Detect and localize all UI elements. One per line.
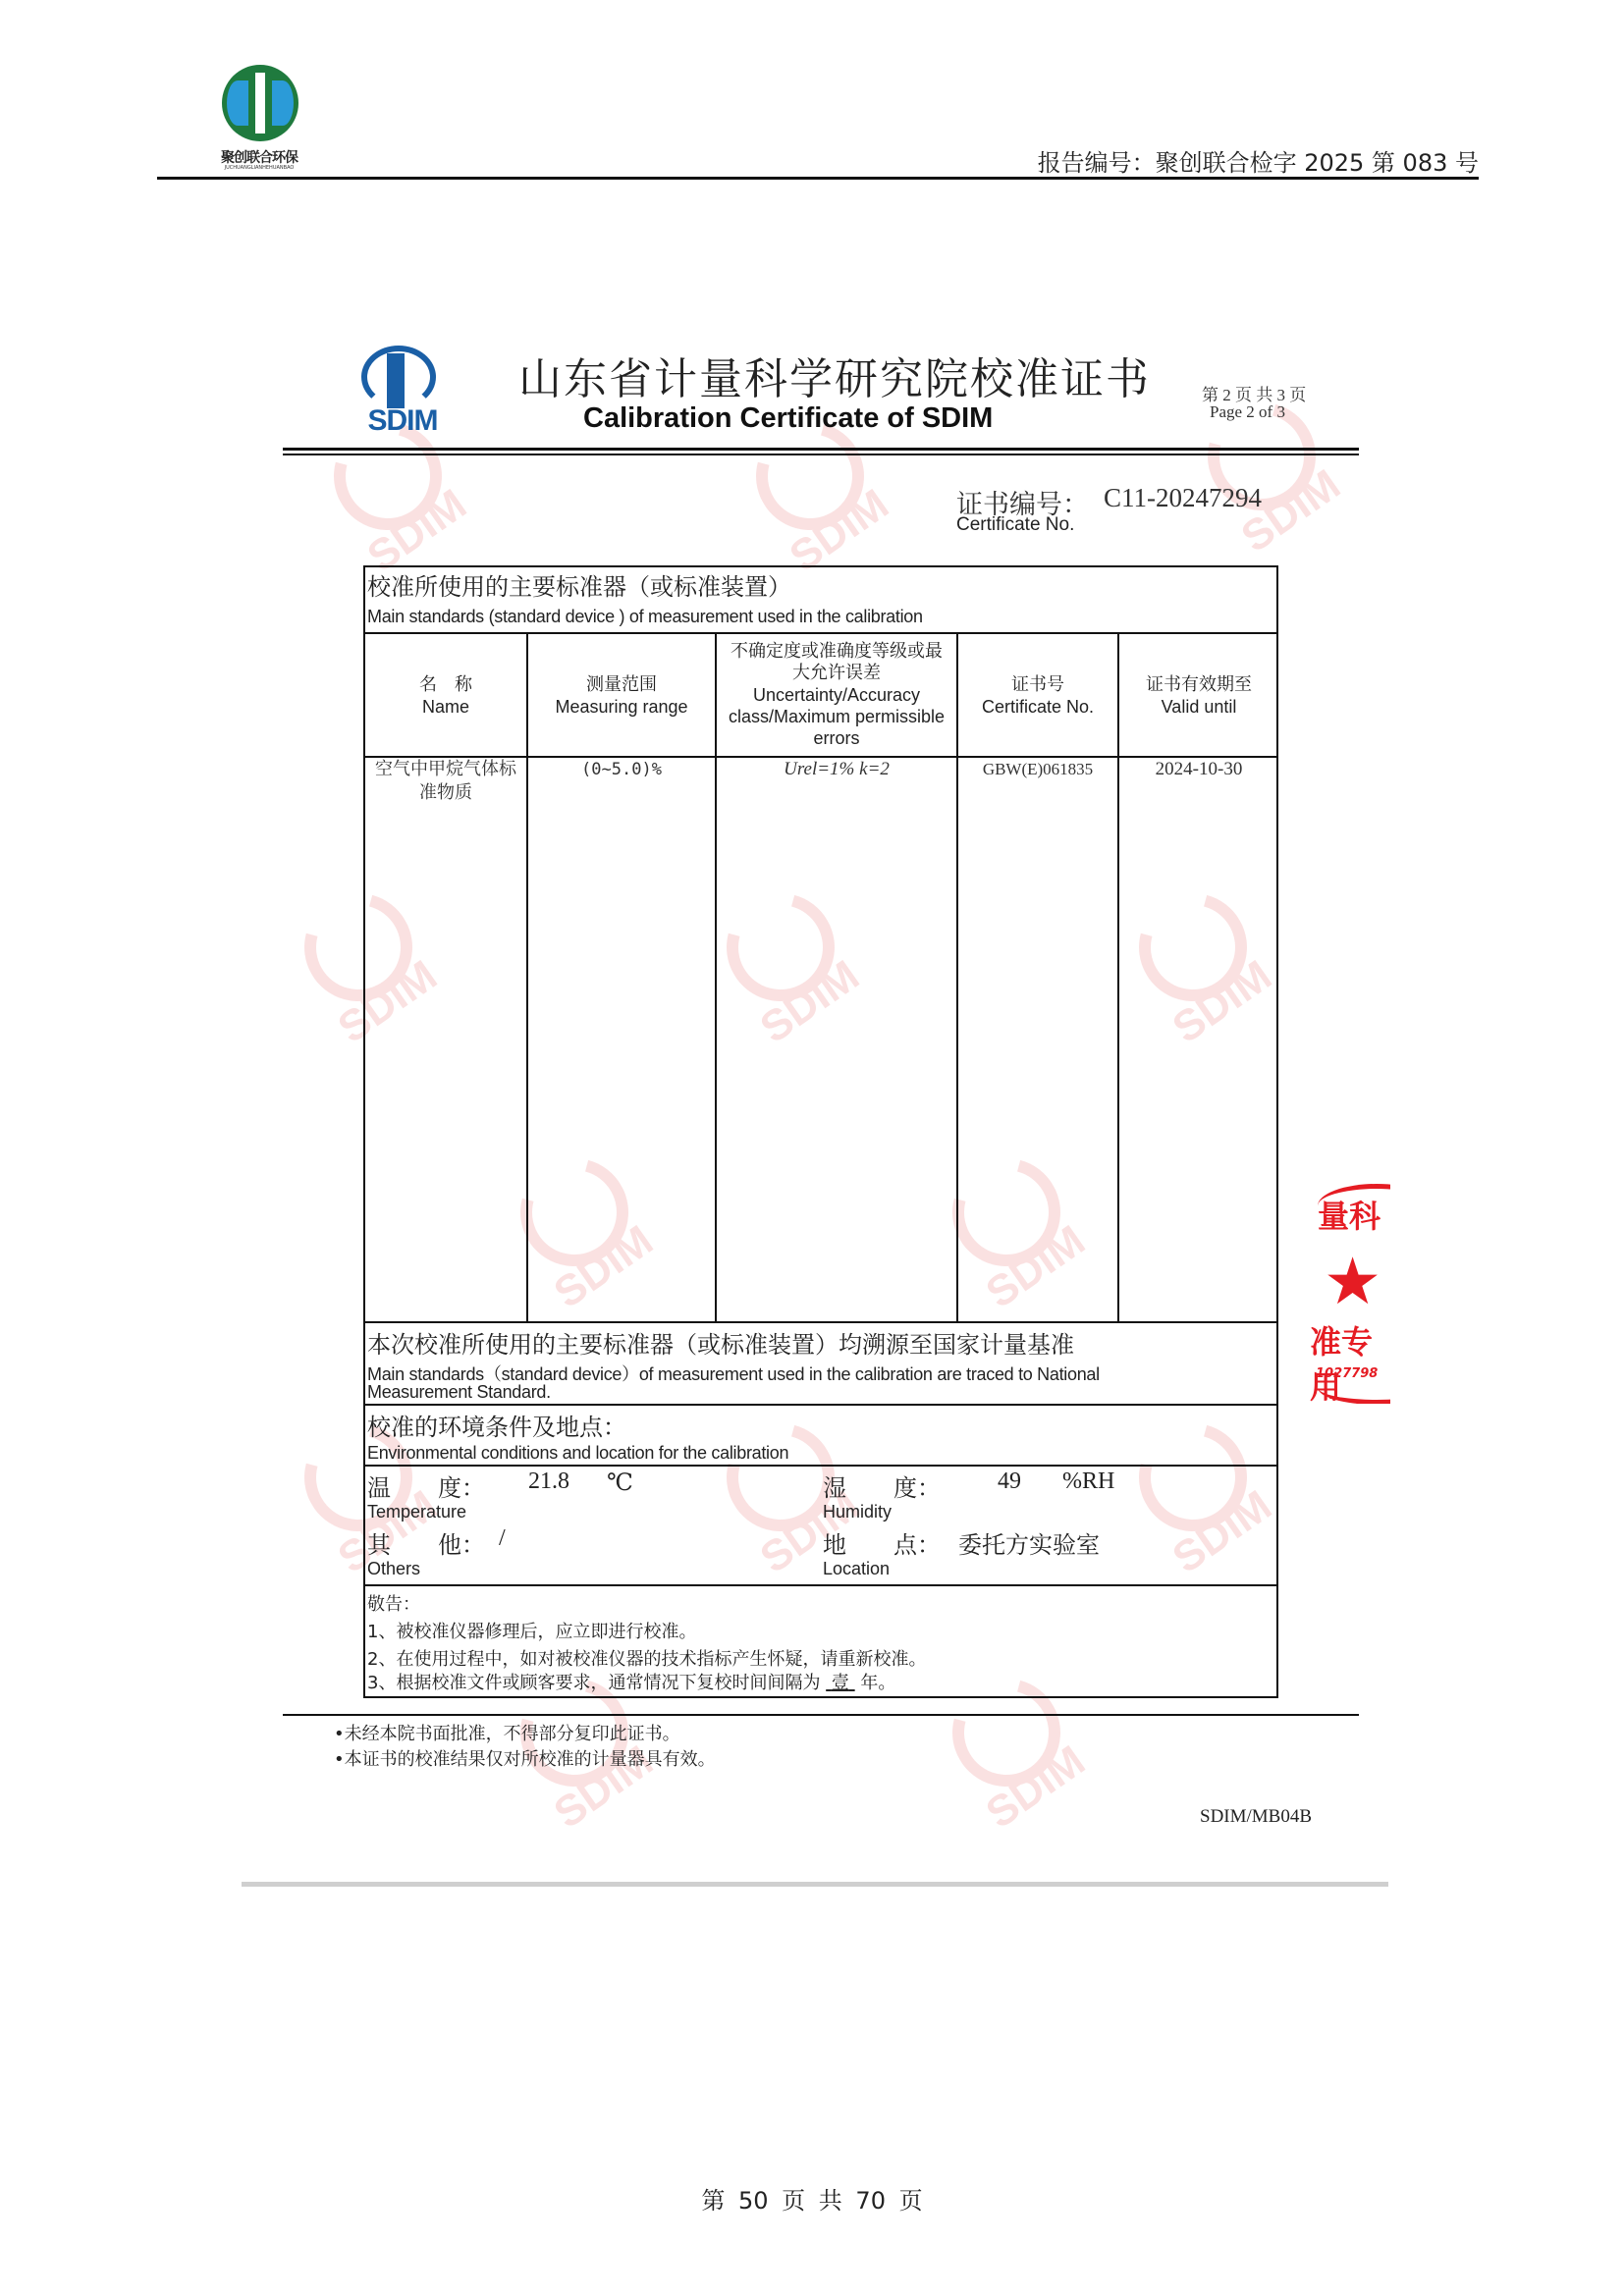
notice-item-1: 1、被校准仪器修理后，应立即进行校准。 xyxy=(367,1618,696,1643)
certificate-footer-rule xyxy=(283,1714,1359,1716)
standards-heading-cn: 校准所使用的主要标准器（或标准装置） xyxy=(367,567,791,602)
recalibration-interval: 壹 xyxy=(832,1673,849,1693)
page-indicator: 第 50 页 共 70 页 xyxy=(0,2181,1624,2216)
humidity-label-en: Humidity xyxy=(823,1502,892,1522)
humidity-label-cn: 湿 度： xyxy=(823,1468,941,1503)
traceability-cn: 本次校准所使用的主要标准器（或标准装置）均溯源至国家计量基准 xyxy=(367,1325,1074,1360)
col-header-uncertainty: 不确定度或准确度等级或最大允许误差 Uncertainty/Accuracy c… xyxy=(723,632,950,758)
others-value: / xyxy=(499,1525,506,1552)
cell-cert-no: GBW(E)061835 xyxy=(958,758,1117,781)
temperature-label-cn: 温 度： xyxy=(367,1468,485,1503)
report-number: 报告编号：聚创联合检字 2025 第 083 号 xyxy=(1038,143,1479,178)
temperature-value: 21.8 xyxy=(528,1468,569,1495)
cell-uncertainty: Urel=1% k=2 xyxy=(717,758,956,781)
certificate-title-cn: 山东省计量科学研究院校准证书 xyxy=(518,344,1151,406)
certificate-title-en: Calibration Certificate of SDIM xyxy=(583,402,993,435)
location-label-cn: 地 点： xyxy=(823,1525,941,1560)
col-header-valid-until: 证书有效期至 Valid until xyxy=(1119,636,1278,756)
notice-heading: 敬告： xyxy=(367,1590,420,1616)
logo-name-en: JUCHUANGLIANHEHUANBAO xyxy=(204,165,314,171)
others-label-en: Others xyxy=(367,1559,420,1579)
notice-item-2: 2、在使用过程中，如对被校准仪器的技术指标产生怀疑，请重新校准。 xyxy=(367,1645,926,1671)
certificate-page-en: Page 2 of 3 xyxy=(1210,402,1285,422)
notice-item-3: 3、根据校准文件或顾客要求，通常情况下复校时间间隔为 壹 年。 xyxy=(367,1669,895,1694)
certificate-header-rule xyxy=(283,448,1359,451)
environment-heading-cn: 校准的环境条件及地点： xyxy=(367,1408,626,1442)
standards-heading-en: Main standards (standard device ) of mea… xyxy=(367,607,923,627)
logo-name-cn: 聚创联合环保 xyxy=(204,147,314,167)
location-label-en: Location xyxy=(823,1559,890,1579)
col-header-cert-no: 证书号 Certificate No. xyxy=(958,636,1117,756)
logo-emblem-icon xyxy=(222,65,298,141)
col-header-range: 测量范围 Measuring range xyxy=(528,636,715,756)
cert-no-label-en: Certificate No. xyxy=(956,514,1074,536)
form-code: SDIM/MB04B xyxy=(1200,1806,1312,1828)
standards-table: 校准所使用的主要标准器（或标准装置） Main standards (stand… xyxy=(363,565,1278,1698)
scan-edge-divider xyxy=(242,1882,1388,1887)
star-icon: ★ xyxy=(1324,1251,1381,1315)
environment-heading-en: Environmental conditions and location fo… xyxy=(367,1443,788,1464)
cert-no-value: C11-20247294 xyxy=(1104,483,1262,513)
cell-valid-until: 2024-10-30 xyxy=(1119,758,1278,781)
company-logo: 聚创联合环保 JUCHUANGLIANHEHUANBAO xyxy=(204,61,314,177)
official-seal: 量科 ★ 准专用 1027798 xyxy=(1310,1178,1390,1404)
col-header-name: 名 称 Name xyxy=(365,636,526,756)
traceability-en-2: Measurement Standard. xyxy=(367,1382,551,1403)
temperature-unit: ℃ xyxy=(607,1468,633,1497)
cell-range: (0~5.0)% xyxy=(528,758,715,781)
footnote-2: •本证书的校准结果仅对所校准的计量器具有效。 xyxy=(334,1745,716,1771)
header-divider xyxy=(157,177,1479,180)
cell-name: 空气中甲烷气体标准物质 xyxy=(367,758,524,805)
sdim-logo: SDIM xyxy=(353,344,452,438)
humidity-value: 49 xyxy=(998,1468,1021,1495)
others-label-cn: 其 他： xyxy=(367,1525,485,1560)
certificate-header-rule-2 xyxy=(283,454,1359,455)
temperature-label-en: Temperature xyxy=(367,1502,466,1522)
location-value: 委托方实验室 xyxy=(958,1525,1100,1560)
humidity-unit: %RH xyxy=(1062,1468,1114,1495)
footnote-1: •未经本院书面批准，不得部分复印此证书。 xyxy=(334,1720,680,1745)
